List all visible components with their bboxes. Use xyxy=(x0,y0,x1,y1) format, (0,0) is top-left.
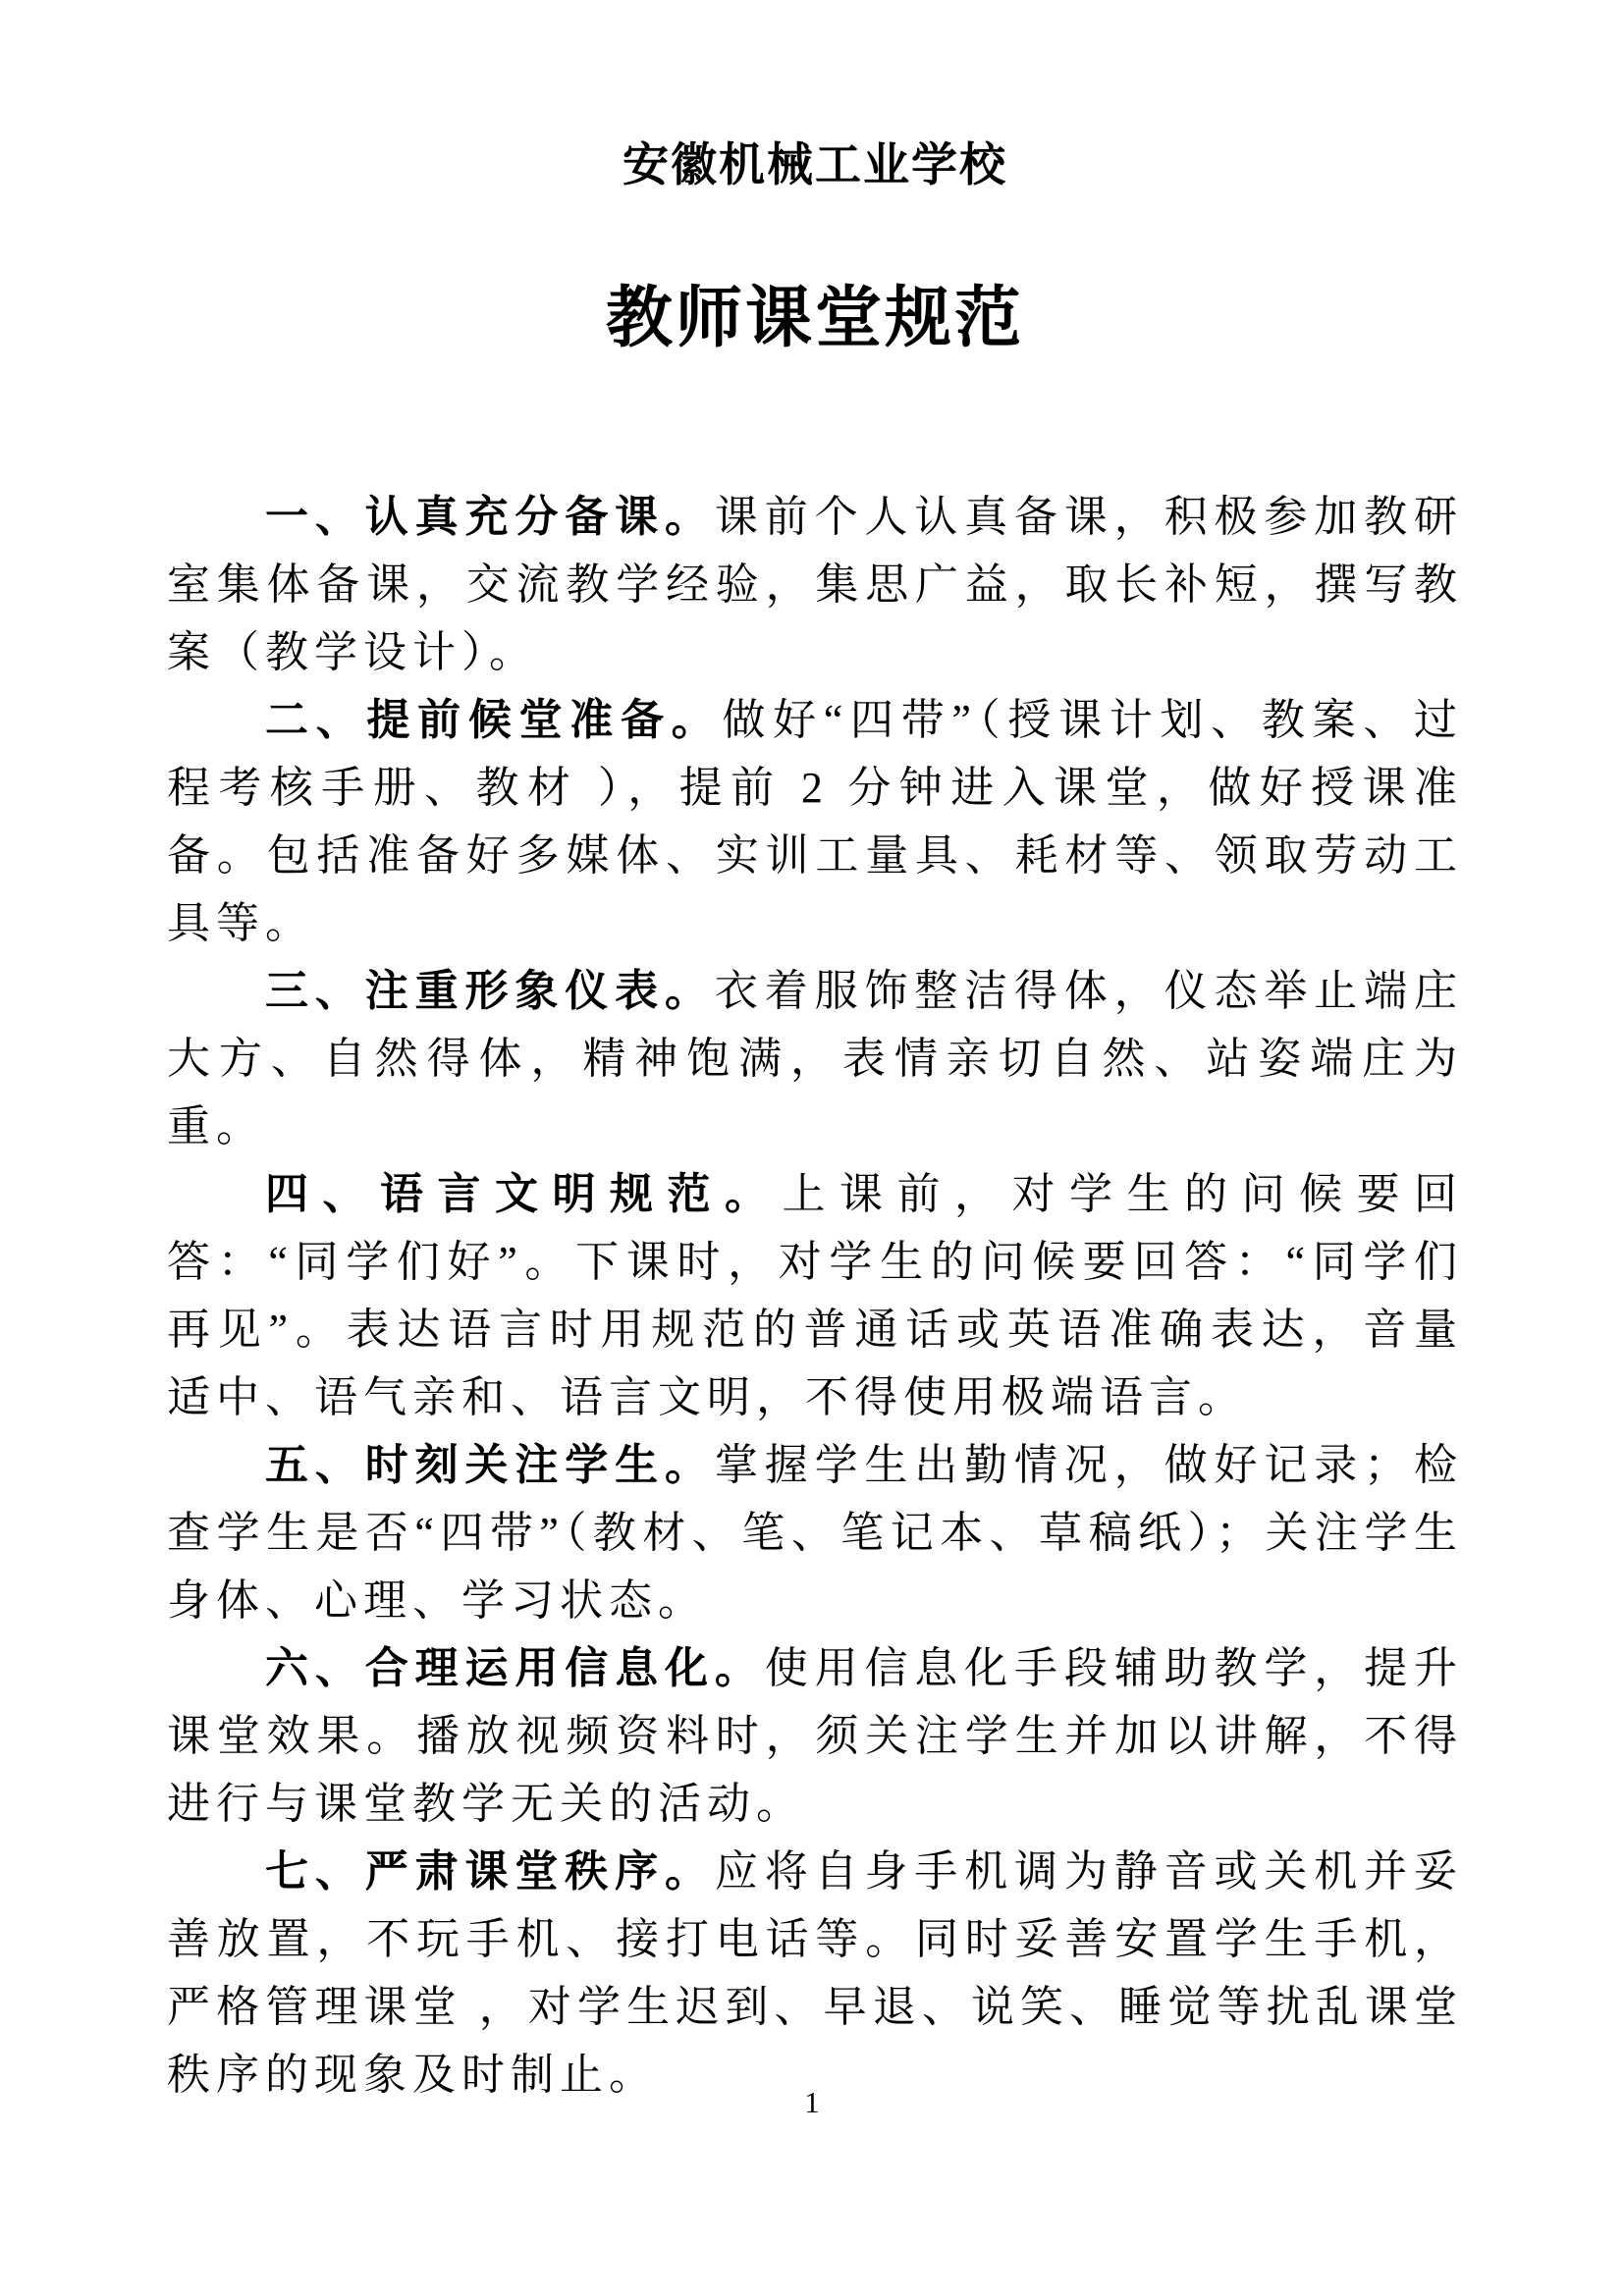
rule-1-heading: 一、认真充分备课。 xyxy=(265,493,715,541)
rule-2-heading: 二、提前候堂准备。 xyxy=(265,696,722,744)
rule-6-heading: 六、合理运用信息化。 xyxy=(265,1644,765,1692)
rule-paragraph-7: 七、严肃课堂秩序。应将自身手机调为静音或关机并妥善放置，不玩手机、接打电话等。同… xyxy=(167,1838,1463,2109)
school-title: 安徽机械工业学校 xyxy=(167,137,1463,192)
rule-paragraph-2: 二、提前候堂准备。做好“四带”（授课计划、教案、过程考核手册、教材 ），提前 2… xyxy=(167,686,1463,957)
document-title: 教师课堂规范 xyxy=(167,279,1463,359)
rule-7-heading: 七、严肃课堂秩序。 xyxy=(265,1847,715,1896)
document-page: 安徽机械工业学校 教师课堂规范 一、认真充分备课。课前个人认真备课，积极参加教研… xyxy=(0,0,1624,2296)
rule-paragraph-1: 一、认真充分备课。课前个人认真备课，积极参加教研室集体备课，交流教学经验，集思广… xyxy=(167,483,1463,686)
rule-4-heading: 四、语言文明规范。 xyxy=(265,1170,783,1218)
rule-5-heading: 五、时刻关注学生。 xyxy=(265,1441,715,1489)
rule-paragraph-5: 五、时刻关注学生。掌握学生出勤情况，做好记录；检查学生是否“四带”（教材、笔、笔… xyxy=(167,1431,1463,1634)
rule-paragraph-4: 四、语言文明规范。上课前，对学生的问候要回答：“同学们好”。下课时，对学生的问候… xyxy=(167,1160,1463,1431)
rule-paragraph-3: 三、注重形象仪表。衣着服饰整洁得体，仪态举止端庄大方、自然得体，精神饱满，表情亲… xyxy=(167,957,1463,1160)
rules-list: 一、认真充分备课。课前个人认真备课，积极参加教研室集体备课，交流教学经验，集思广… xyxy=(167,483,1463,2109)
page-number: 1 xyxy=(0,2085,1624,2120)
rule-paragraph-6: 六、合理运用信息化。使用信息化手段辅助教学，提升课堂效果。播放视频资料时，须关注… xyxy=(167,1634,1463,1838)
rule-3-heading: 三、注重形象仪表。 xyxy=(265,967,715,1015)
